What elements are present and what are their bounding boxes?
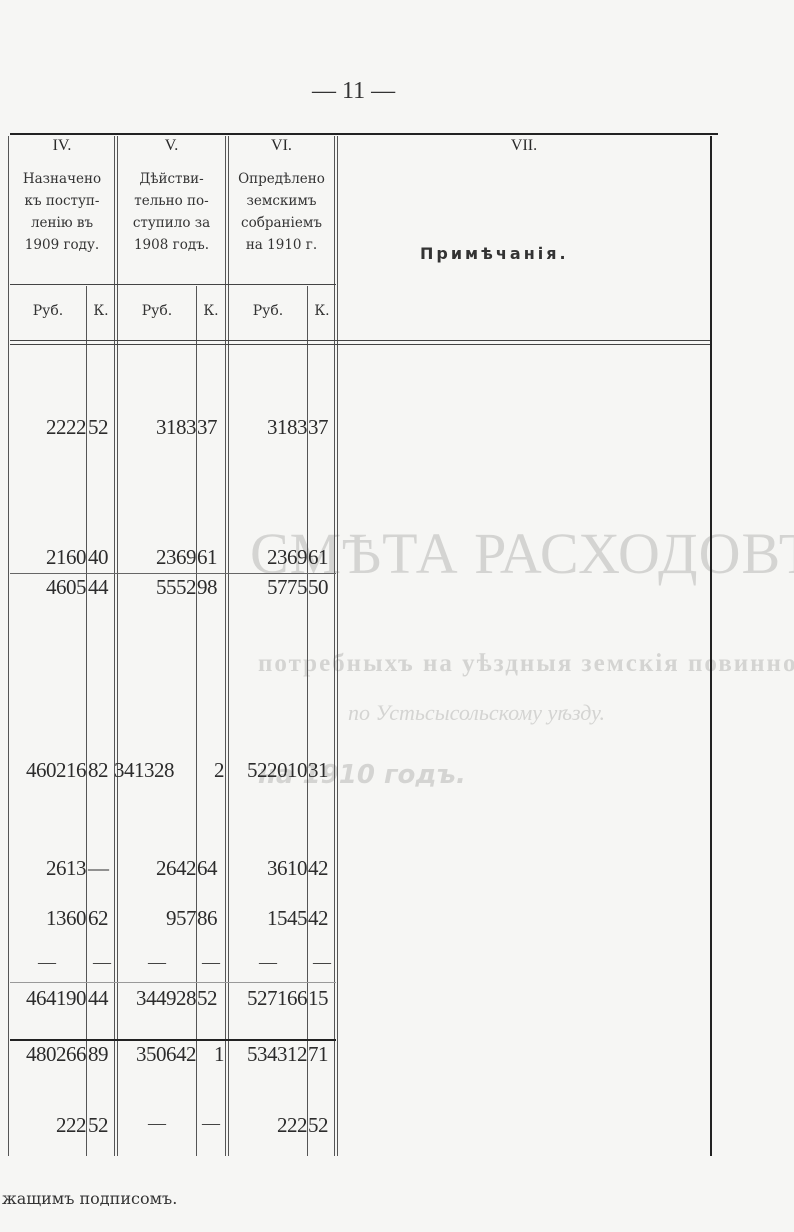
cell-vi-rub: 3183 (229, 415, 307, 440)
unit-vi-rub: Руб. (229, 303, 307, 319)
cell-vi-rub: 522010 (227, 758, 307, 783)
cell-vi-rub: 3610 (229, 856, 307, 881)
table-top-rule (10, 133, 718, 135)
cell-vi-rub: 5775 (229, 575, 307, 600)
col-iv-header-line: ленію въ (10, 212, 114, 234)
table-row: 2160 40 2369 61 2369 61 (0, 545, 340, 573)
cell-iv-rub: 460216 (4, 758, 86, 783)
cell-iv-rub: 2613 (8, 856, 86, 881)
cell-v-rub: 341328 (114, 758, 192, 783)
col-v-header-line: Дѣйстви- (118, 168, 225, 190)
cell-iv-rub: 222 (8, 1113, 86, 1138)
cell-vi-kop: 37 (308, 415, 336, 440)
table-row-dashes: — — — — — — (0, 952, 340, 980)
cell-iv-kop: 89 (88, 1042, 116, 1067)
cell-v-rub: — (118, 952, 196, 973)
cell-iv-kop: 44 (88, 986, 116, 1011)
cell-iv-rub: 1360 (8, 906, 86, 931)
cell-v-rub: 3183 (118, 415, 196, 440)
cell-v-kop: — (197, 1113, 225, 1134)
cell-iv-rub: 464190 (4, 986, 86, 1011)
col-iv-header-line: къ поступ- (10, 190, 114, 212)
cell-v-kop: 37 (197, 415, 225, 440)
cell-vi-kop: 61 (308, 545, 336, 570)
col-v-header-line: тельно по- (118, 190, 225, 212)
cell-vi-rub: 527166 (225, 986, 307, 1011)
col-iv-header: Назначено къ поступ- ленію въ 1909 году. (10, 168, 114, 256)
cell-v-kop: 98 (197, 575, 225, 600)
cell-v-rub: 2369 (118, 545, 196, 570)
cell-vi-kop: 15 (308, 986, 336, 1011)
table-row: 222 52 — — 222 52 (0, 1113, 340, 1141)
col-v-header-line: ступило за (118, 212, 225, 234)
table-row: 1360 62 957 86 1545 42 (0, 906, 340, 934)
cell-iv-kop: 82 (88, 758, 116, 783)
table-row: 460216 82 341328 2 522010 31 (0, 758, 340, 786)
sum-rule-3 (10, 1039, 336, 1041)
cell-vi-rub: 2369 (229, 545, 307, 570)
col-vi-header-line: Опредѣлено (229, 168, 334, 190)
cell-iv-kop: — (88, 856, 116, 881)
unit-v-kop: К. (197, 303, 225, 319)
cell-vi-kop: 42 (308, 856, 336, 881)
page-number: — 11 — (312, 78, 395, 105)
cell-iv-kop: 44 (88, 575, 116, 600)
cell-v-kop: 61 (197, 545, 225, 570)
cell-vi-rub: 1545 (229, 906, 307, 931)
cell-iv-rub: 480266 (4, 1042, 86, 1067)
cell-iv-kop: 62 (88, 906, 116, 931)
cell-vi-kop: 42 (308, 906, 336, 931)
cell-vi-kop: — (308, 952, 336, 973)
footer-text: жащимъ подписомъ. (2, 1189, 177, 1208)
cell-iv-rub: 4605 (8, 575, 86, 600)
unit-iv-kop: К. (87, 303, 115, 319)
sum-rule-1 (10, 573, 336, 574)
table-row-subtotal: 4605 44 5552 98 5775 50 (0, 575, 340, 603)
cell-vi-rub: 222 (229, 1113, 307, 1138)
col-vi-roman: VI. (229, 137, 334, 155)
table-row-total: 464190 44 344928 52 527166 15 (0, 986, 340, 1014)
cell-iv-rub: 2222 (8, 415, 86, 440)
cell-v-kop: 64 (197, 856, 225, 881)
cell-v-kop: 52 (197, 986, 225, 1011)
unit-iv-rub: Руб. (10, 303, 86, 319)
cell-vi-kop: 71 (308, 1042, 336, 1067)
cell-iv-kop: 52 (88, 415, 116, 440)
cell-v-rub: 957 (118, 906, 196, 931)
unit-vi-kop: К. (308, 303, 336, 319)
cell-v-rub: — (118, 1113, 196, 1134)
cell-vi-rub: — (229, 952, 307, 973)
col-vii-roman: VII. (338, 137, 710, 155)
cell-iv-kop: — (88, 952, 116, 973)
header-bottom-rule-b (10, 344, 710, 345)
cell-vi-kop: 50 (308, 575, 336, 600)
cell-v-kop: 1 (196, 1042, 224, 1067)
cell-iv-kop: 40 (88, 545, 116, 570)
col-iv-header-line: Назначено (10, 168, 114, 190)
table-row: 2222 52 3183 37 3183 37 (0, 415, 340, 443)
sum-rule-2 (10, 982, 336, 983)
show-through-subtitle: потребныхъ на уѣздныя земскія повинности (258, 650, 794, 678)
cell-vi-kop: 31 (308, 758, 336, 783)
col-v-header: Дѣйстви- тельно по- ступило за 1908 годъ… (118, 168, 225, 256)
col-vi-header-line: собраніемъ (229, 212, 334, 234)
header-units-rule (10, 284, 336, 285)
col-vi-header: Опредѣлено земскимъ собраніемъ на 1910 г… (229, 168, 334, 256)
col-v-roman: V. (118, 137, 225, 155)
table-row: 2613 — 2642 64 3610 42 (0, 856, 340, 884)
cell-vi-rub: 534312 (225, 1042, 307, 1067)
col-vi-header-line: на 1910 г. (229, 234, 334, 256)
col-vi-header-line: земскимъ (229, 190, 334, 212)
cell-vi-kop: 52 (308, 1113, 336, 1138)
cell-v-rub: 2642 (118, 856, 196, 881)
cell-v-kop: 2 (196, 758, 224, 783)
col-vii-header: Примѣчанія. (420, 244, 569, 263)
cell-v-rub: 350642 (114, 1042, 196, 1067)
table-row-grand-total: 480266 89 350642 1 534312 71 (0, 1042, 340, 1070)
cell-v-kop: 86 (197, 906, 225, 931)
header-bottom-rule (10, 340, 710, 341)
cell-v-rub: 344928 (114, 986, 196, 1011)
cell-v-rub: 5552 (118, 575, 196, 600)
cell-iv-rub: 2160 (8, 545, 86, 570)
cell-v-kop: — (197, 952, 225, 973)
col-v-header-line: 1908 годъ. (118, 234, 225, 256)
col-iv-roman: IV. (10, 137, 114, 155)
col-iv-header-line: 1909 году. (10, 234, 114, 256)
cell-iv-rub: — (8, 952, 86, 973)
unit-v-rub: Руб. (118, 303, 196, 319)
show-through-district: по Устьсысольскому уѣзду. (348, 700, 605, 726)
table-right-border (710, 136, 712, 1156)
cell-iv-kop: 52 (88, 1113, 116, 1138)
